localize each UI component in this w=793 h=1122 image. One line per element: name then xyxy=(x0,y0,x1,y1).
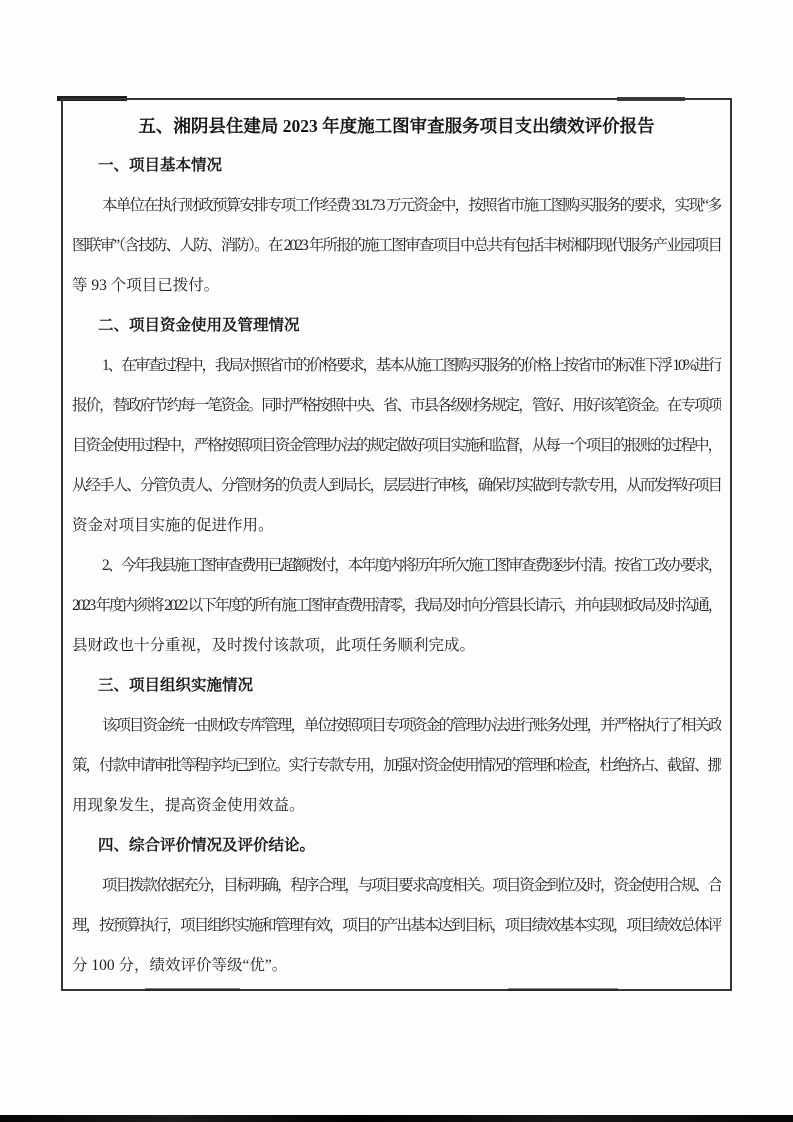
document-body: 一、项目基本情况本单位在执行财政预算安排专项工作经费 331.73 万元资金中，… xyxy=(72,146,721,986)
paragraph-line: 用现象发生，提高资金使用效益。 xyxy=(72,786,721,826)
paragraph-line: 图联审”（含技防、人防、消防）。在 2023 年所报的施工图审查项目中总共有包括… xyxy=(72,226,721,266)
paragraph-line: 从经手人、分管负责人、分管财务的负责人到局长，层层进行审核，确保切实做到专款专用… xyxy=(72,466,721,506)
document-border-box: 五、湘阴县住建局 2023 年度施工图审查服务项目支出绩效评价报告 一、项目基本… xyxy=(61,98,732,991)
document-title: 五、湘阴县住建局 2023 年度施工图审查服务项目支出绩效评价报告 xyxy=(72,106,721,146)
section-heading: 二、项目资金使用及管理情况 xyxy=(72,306,721,346)
paragraph-line: 策，付款申请审批等程序均已到位。实行专款专用，加强对资金使用情况的管理和检查，杜… xyxy=(72,746,721,786)
scan-edge-band xyxy=(0,1115,793,1122)
paragraph-line: 项目拨款依据充分，目标明确，程序合理，与项目要求高度相关。项目资金到位及时，资金… xyxy=(72,866,721,906)
paragraph-line: 本单位在执行财政预算安排专项工作经费 331.73 万元资金中，按照省市施工图购… xyxy=(72,186,721,226)
paragraph-line: 报价，替政府节约每一笔资金。同时严格按照中央、省、市县各级财务规定，管好、用好该… xyxy=(72,386,721,426)
section-heading: 三、项目组织实施情况 xyxy=(72,666,721,706)
paragraph-line: 理，按预算执行，项目组织实施和管理有效，项目的产出基本达到目标，项目绩效基本实现… xyxy=(72,906,721,946)
scanned-document-page: 五、湘阴县住建局 2023 年度施工图审查服务项目支出绩效评价报告 一、项目基本… xyxy=(0,0,793,1122)
scan-artifact xyxy=(145,988,240,991)
section-heading: 四、综合评价情况及评价结论。 xyxy=(72,826,721,866)
paragraph-line: 分 100 分，绩效评价等级“优”。 xyxy=(72,946,721,986)
scan-artifact xyxy=(508,988,618,991)
paragraph-line: 县财政也十分重视，及时拨付该款项，此项任务顺利完成。 xyxy=(72,626,721,666)
paragraph-line: 2023 年度内须将 2022 以下年度的所有施工图审查费用清零，我局及时向分管… xyxy=(72,586,721,626)
paragraph-line: 等 93 个项目已拨付。 xyxy=(72,266,721,306)
paragraph-line: 该项目资金统一由财政专库管理，单位按照项目专项资金的管理办法进行账务处理，并严格… xyxy=(72,706,721,746)
paragraph-line: 目资金使用过程中，严格按照项目资金管理办法的规定做好项目实施和监督，从每一个项目… xyxy=(72,426,721,466)
paragraph-line: 2、今年我县施工图审查费用已超额拨付，本年度内将历年所欠施工图审查费逐步付清。按… xyxy=(72,546,721,586)
paragraph-line: 1、在审查过程中，我局对照省市的价格要求，基本从施工图购买服务的价格上按省市的标… xyxy=(72,346,721,386)
section-heading: 一、项目基本情况 xyxy=(72,146,721,186)
document-content: 五、湘阴县住建局 2023 年度施工图审查服务项目支出绩效评价报告 一、项目基本… xyxy=(63,100,730,986)
paragraph-line: 资金对项目实施的促进作用。 xyxy=(72,506,721,546)
